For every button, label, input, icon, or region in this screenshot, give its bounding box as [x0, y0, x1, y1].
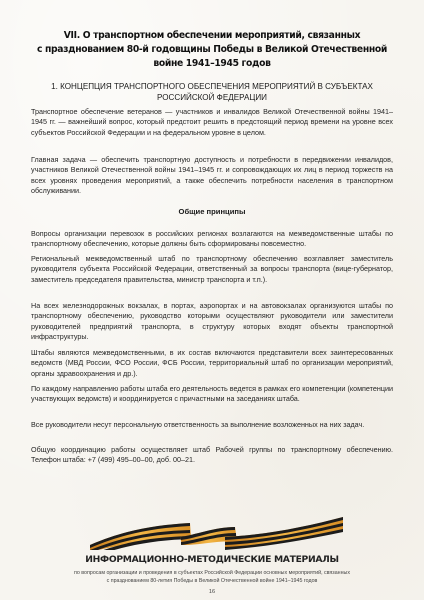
principle-paragraph: Региональный межведомственный штаб по тр… [31, 254, 393, 285]
document-page: VII. О транспортном обеспечении мероприя… [0, 0, 424, 600]
chapter-title-line: войне 1941–1945 годов [28, 57, 397, 71]
subheading-general-principles: Общие принципы [30, 207, 394, 216]
paragraph: Главная задача — обеспечить транспортную… [31, 155, 393, 196]
st-george-ribbon-icon [85, 505, 345, 550]
principle-paragraph: Вопросы организации перевозок в российск… [31, 229, 393, 250]
footer-subtitle-line: по вопросам организации и проведения в с… [20, 570, 404, 578]
paragraph: Транспортное обеспечение ветеранов — уча… [31, 107, 393, 138]
principle-paragraph: На всех железнодорожных вокзалах, в порт… [31, 301, 393, 342]
principle-paragraph: Все руководители несут персональную отве… [31, 420, 393, 430]
footer-subtitle-line: с празднованием 80-летия Победы в Велико… [20, 578, 404, 586]
principle-paragraph: По каждому направлению работы штаба его … [31, 384, 393, 405]
principle-paragraph: Общую координацию работы осуществляет шт… [31, 445, 393, 466]
page-number: 16 [0, 589, 424, 595]
footer-title: ИНФОРМАЦИОННО-МЕТОДИЧЕСКИЕ МАТЕРИАЛЫ [20, 554, 404, 565]
chapter-title-line: VII. О транспортном обеспечении мероприя… [28, 29, 397, 43]
section-title-line: 1. КОНЦЕПЦИЯ ТРАНСПОРТНОГО ОБЕСПЕЧЕНИЯ М… [30, 82, 394, 93]
section-title: 1. КОНЦЕПЦИЯ ТРАНСПОРТНОГО ОБЕСПЕЧЕНИЯ М… [30, 82, 394, 104]
chapter-title-line: с празднованием 80-й годовщины Победы в … [28, 43, 397, 57]
principle-paragraph: Штабы являются межведомственными, в их с… [31, 348, 393, 379]
chapter-title: VII. О транспортном обеспечении мероприя… [28, 29, 397, 72]
footer-subtitle: по вопросам организации и проведения в с… [20, 570, 404, 585]
section-title-line: РОССИЙСКОЙ ФЕДЕРАЦИИ [30, 93, 394, 104]
